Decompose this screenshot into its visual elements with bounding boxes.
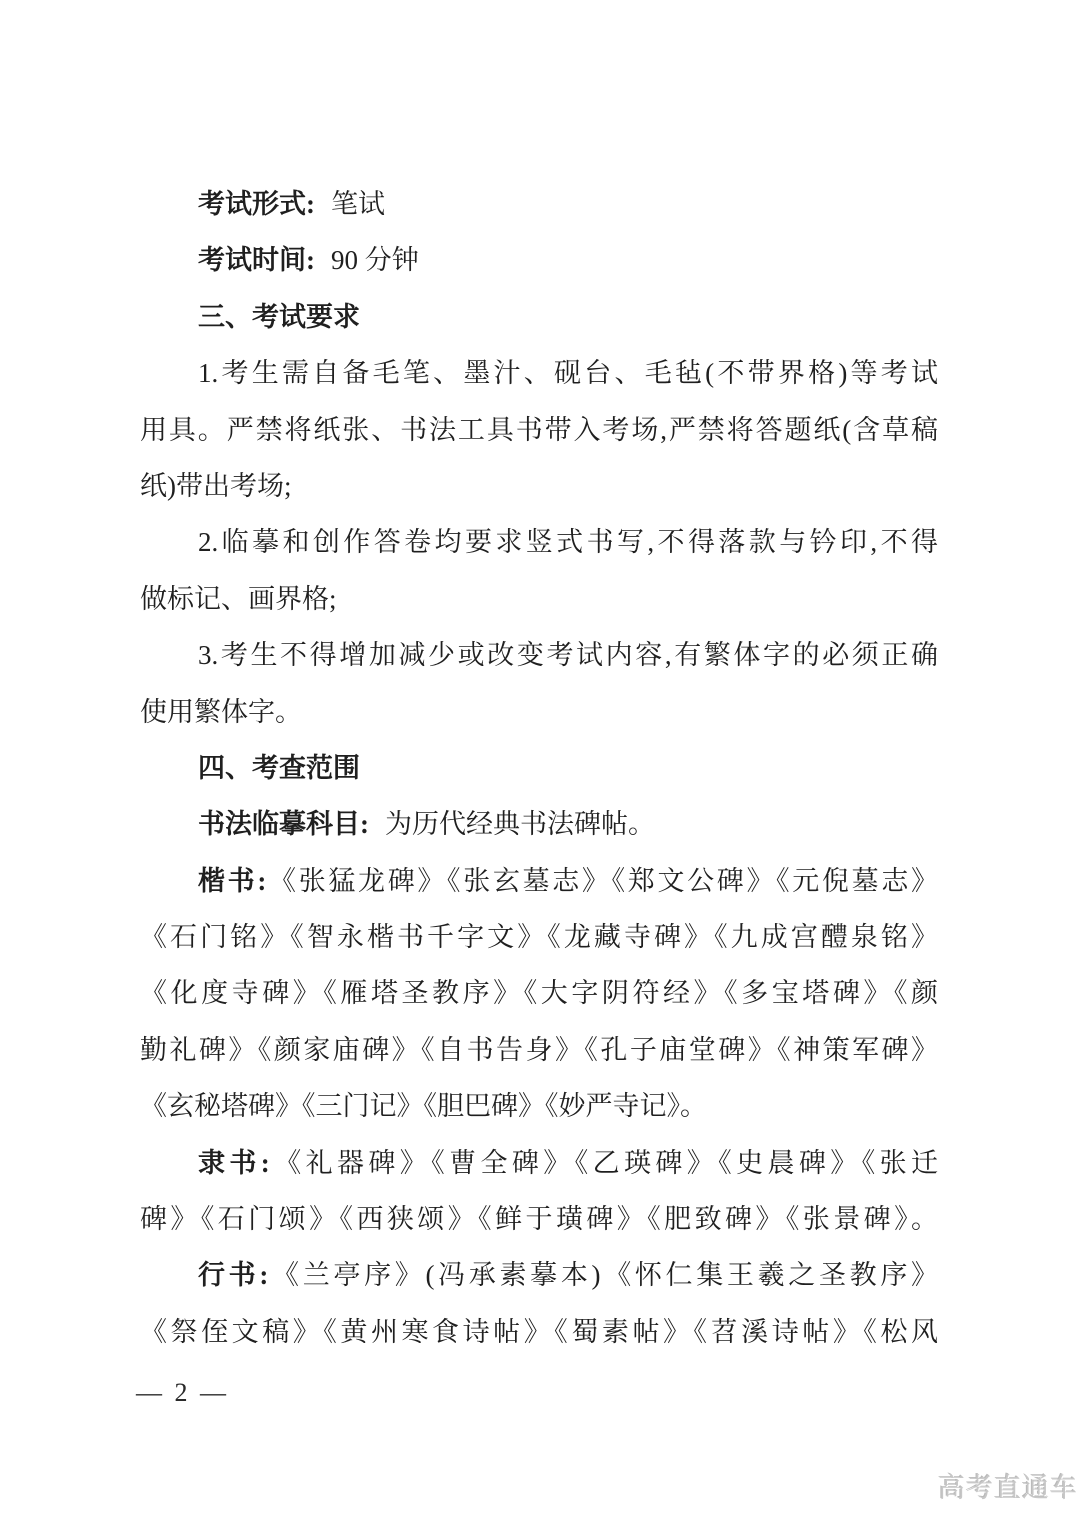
requirement-3-line-1: 3.考生不得增加减少或改变考试内容,有繁体字的必须正确 (140, 627, 938, 683)
subject-value: 为历代经典书法碑帖。 (385, 809, 655, 839)
running-script-line-2: 《祭侄文稿》《黄州寒食诗帖》《蜀素帖》《苕溪诗帖》《松风 (140, 1304, 938, 1360)
clerical-script-line-2: 碑》《石门颂》《西狭颂》《鲜于璜碑》《肥致碑》《张景碑》。 (140, 1191, 938, 1247)
document-page: 考试形式:笔试 考试时间:90 分钟 三、考试要求 1.考生需自备毛笔、墨汁、砚… (0, 0, 1080, 1527)
regular-script-line-2: 《石门铭》《智永楷书千字文》《龙藏寺碑》《九成宫醴泉铭》 (140, 909, 938, 965)
regular-script-label: 楷书: (198, 866, 266, 896)
watermark: 高考直通车 (938, 1466, 1078, 1505)
section-requirements-heading: 三、考试要求 (140, 289, 938, 345)
regular-script-line-4: 勤礼碑》《颜家庙碑》《自书告身》《孔子庙堂碑》《神策军碑》 (140, 1022, 938, 1078)
regular-script-line-5: 《玄秘塔碑》《三门记》《胆巴碑》《妙严寺记》。 (140, 1078, 938, 1134)
requirement-1-line-3: 纸)带出考场; (140, 458, 938, 514)
document-body: 考试形式:笔试 考试时间:90 分钟 三、考试要求 1.考生需自备毛笔、墨汁、砚… (140, 176, 938, 1360)
subject-label: 书法临摹科目: (198, 809, 369, 839)
running-script-titles-1: 《兰亭序》(冯承素摹本)《怀仁集王羲之圣教序》 (268, 1260, 938, 1290)
running-script-line-1: 行书:《兰亭序》(冯承素摹本)《怀仁集王羲之圣教序》 (140, 1247, 938, 1303)
section-scope-heading: 四、考查范围 (140, 740, 938, 796)
clerical-script-line-1: 隶书:《礼器碑》《曹全碑》《乙瑛碑》《史晨碑》《张迁 (140, 1135, 938, 1191)
exam-form-label: 考试形式: (198, 189, 315, 219)
exam-time-line: 考试时间:90 分钟 (140, 232, 938, 288)
regular-script-line-1: 楷书:《张猛龙碑》《张玄墓志》《郑文公碑》《元倪墓志》 (140, 853, 938, 909)
clerical-script-label: 隶书: (198, 1148, 270, 1178)
running-script-label: 行书: (198, 1260, 268, 1290)
exam-time-value: 90 分钟 (331, 245, 419, 275)
requirement-2-line-2: 做标记、画界格; (140, 571, 938, 627)
page-number: — 2 — (136, 1378, 229, 1408)
regular-script-titles-1: 《张猛龙碑》《张玄墓志》《郑文公碑》《元倪墓志》 (266, 866, 938, 896)
requirement-3-line-2: 使用繁体字。 (140, 684, 938, 740)
clerical-script-titles-1: 《礼器碑》《曹全碑》《乙瑛碑》《史晨碑》《张迁 (270, 1148, 938, 1178)
exam-time-label: 考试时间: (198, 245, 315, 275)
exam-form-line: 考试形式:笔试 (140, 176, 938, 232)
subject-line: 书法临摹科目:为历代经典书法碑帖。 (140, 796, 938, 852)
regular-script-line-3: 《化度寺碑》《雁塔圣教序》《大字阴符经》《多宝塔碑》《颜 (140, 965, 938, 1021)
requirement-1-line-2: 用具。严禁将纸张、书法工具书带入考场,严禁将答题纸(含草稿 (140, 402, 938, 458)
requirement-1-line-1: 1.考生需自备毛笔、墨汁、砚台、毛毡(不带界格)等考试 (140, 345, 938, 401)
exam-form-value: 笔试 (331, 189, 385, 219)
requirement-2-line-1: 2.临摹和创作答卷均要求竖式书写,不得落款与钤印,不得 (140, 514, 938, 570)
